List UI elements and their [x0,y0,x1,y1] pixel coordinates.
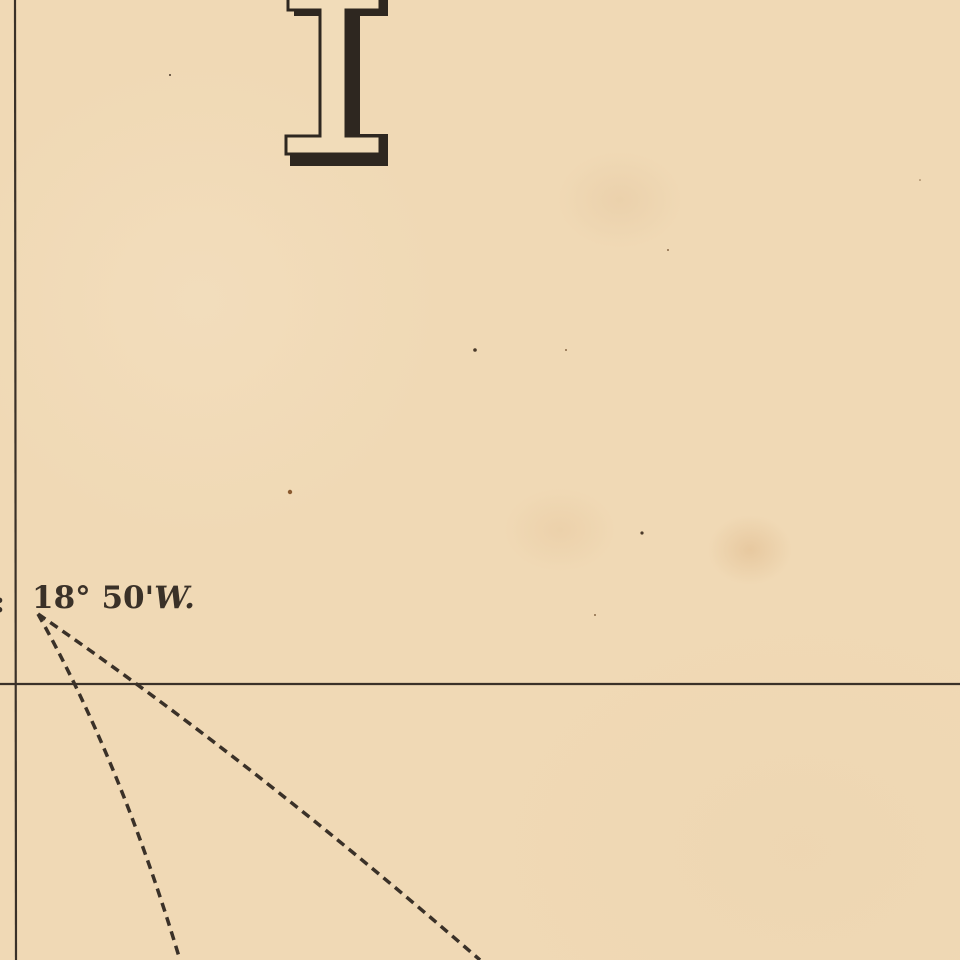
longitude-label: 18° 50'W. [32,583,195,614]
cut-off-label-fragment: : [0,588,5,618]
paper-specks [169,74,921,616]
longitude-direction: W. [154,580,195,616]
longitude-degrees: 18° [32,580,91,616]
dashed-route-2 [38,614,480,960]
longitude-minutes: 50' [101,580,154,616]
region-letter-i [286,0,388,166]
map-canvas [0,0,960,960]
dashed-route-1 [38,614,180,960]
meridian-line [15,0,16,960]
